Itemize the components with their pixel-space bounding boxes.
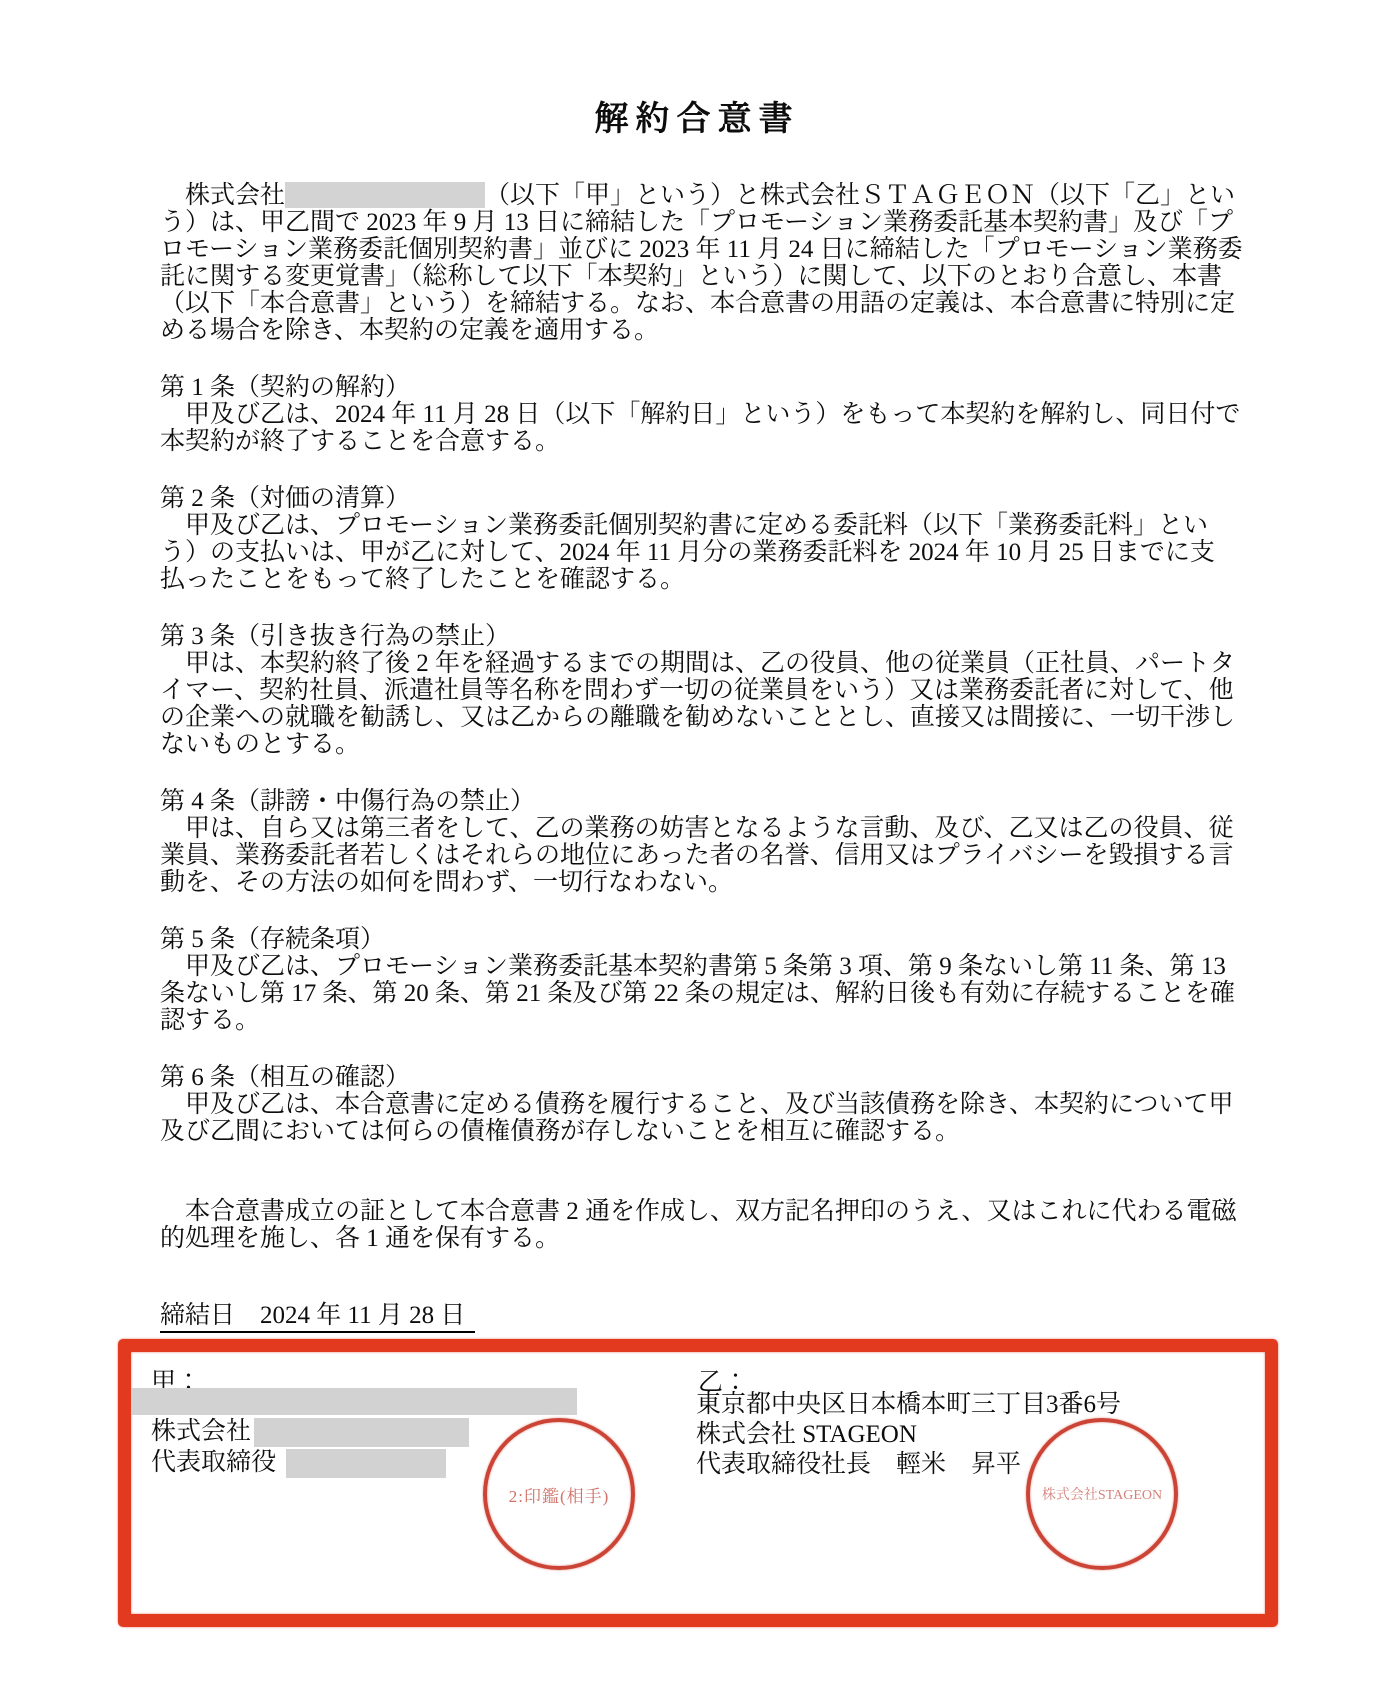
article-5: 第 5 条（存続条項） 甲及び乙は、プロモーション業務委託基本契約書第 5 条第… <box>160 926 1256 1034</box>
party-b-seal-text: 株式会社STAGEON <box>1042 1484 1162 1504</box>
article-3-heading: 第 3 条（引き抜き行為の禁止） <box>160 623 1256 650</box>
execution-date: 締結日 2024 年 11 月 28 日 <box>160 1302 475 1333</box>
party-a-redacted-representative <box>286 1449 446 1478</box>
party-b-representative: 代表取締役社長 輕米 昇平 <box>696 1450 1021 1480</box>
article-3-body: 甲は、本契約終了後 2 年を経過するまでの期間は、乙の役員、他の従業員（正社員、… <box>160 650 1256 758</box>
article-1-heading: 第 1 条（契約の解約） <box>160 374 1256 401</box>
redacted-company-name <box>285 182 485 208</box>
party-a-company-prefix: 株式会社 <box>151 1417 251 1447</box>
article-5-heading: 第 5 条（存続条項） <box>160 926 1256 953</box>
article-5-body: 甲及び乙は、プロモーション業務委託基本契約書第 5 条第 3 項、第 9 条ない… <box>160 953 1256 1034</box>
article-6-body: 甲及び乙は、本合意書に定める債務を履行すること、及び当該債務を除き、本契約につい… <box>160 1091 1256 1145</box>
execution-date-line: 締結日 2024 年 11 月 28 日 <box>160 1302 1256 1333</box>
document-page: 解約合意書 株式会社（以下「甲」という）と株式会社ＳＴＡＧＥＯＮ（以下「乙」とい… <box>0 0 1394 1690</box>
article-4-heading: 第 4 条（誹謗・中傷行為の禁止） <box>160 788 1256 815</box>
article-2-body: 甲及び乙は、プロモーション業務委託個別契約書に定める委託料（以下「業務委託料」と… <box>160 512 1256 593</box>
party-a-seal-text: 2:印鑑(相手) <box>509 1482 610 1507</box>
article-2: 第 2 条（対価の清算） 甲及び乙は、プロモーション業務委託個別契約書に定める委… <box>160 485 1256 593</box>
article-4: 第 4 条（誹謗・中傷行為の禁止） 甲は、自ら又は第三者をして、乙の業務の妨害と… <box>160 788 1256 896</box>
article-6-heading: 第 6 条（相互の確認） <box>160 1064 1256 1091</box>
article-3: 第 3 条（引き抜き行為の禁止） 甲は、本契約終了後 2 年を経過するまでの期間… <box>160 623 1256 758</box>
page-title: 解約合意書 <box>0 0 1394 142</box>
article-4-body: 甲は、自ら又は第三者をして、乙の業務の妨害となるような言動、及び、乙又は乙の役員… <box>160 815 1256 896</box>
article-1-body: 甲及び乙は、2024 年 11 月 28 日（以下「解約日」という）をもって本契… <box>160 401 1256 455</box>
party-a-redacted-name <box>131 1388 577 1415</box>
signature-frame: 甲： 株式会社 代表取締役 2:印鑑(相手) 乙： 東京都中央区日本橋本町三丁目… <box>118 1339 1278 1627</box>
closing-paragraph: 本合意書成立の証として本合意書 2 通を作成し、双方記名押印のうえ、又はこれに代… <box>160 1198 1256 1252</box>
intro-lead: 株式会社 <box>160 182 285 209</box>
party-a-representative-prefix: 代表取締役 <box>151 1448 276 1478</box>
article-2-heading: 第 2 条（対価の清算） <box>160 485 1256 512</box>
article-1: 第 1 条（契約の解約） 甲及び乙は、2024 年 11 月 28 日（以下「解… <box>160 374 1256 455</box>
intro-paragraph: 株式会社（以下「甲」という）と株式会社ＳＴＡＧＥＯＮ（以下「乙」とい う）は、甲… <box>160 182 1256 344</box>
article-6: 第 6 条（相互の確認） 甲及び乙は、本合意書に定める債務を履行すること、及び当… <box>160 1064 1256 1145</box>
party-b-address: 東京都中央区日本橋本町三丁目3番6号 <box>696 1390 1121 1420</box>
party-a-seal-stamp: 2:印鑑(相手) <box>483 1418 635 1570</box>
party-a-redacted-company <box>254 1418 469 1447</box>
party-b-company: 株式会社 STAGEON <box>696 1420 917 1450</box>
party-b-seal-stamp: 株式会社STAGEON <box>1026 1418 1178 1570</box>
